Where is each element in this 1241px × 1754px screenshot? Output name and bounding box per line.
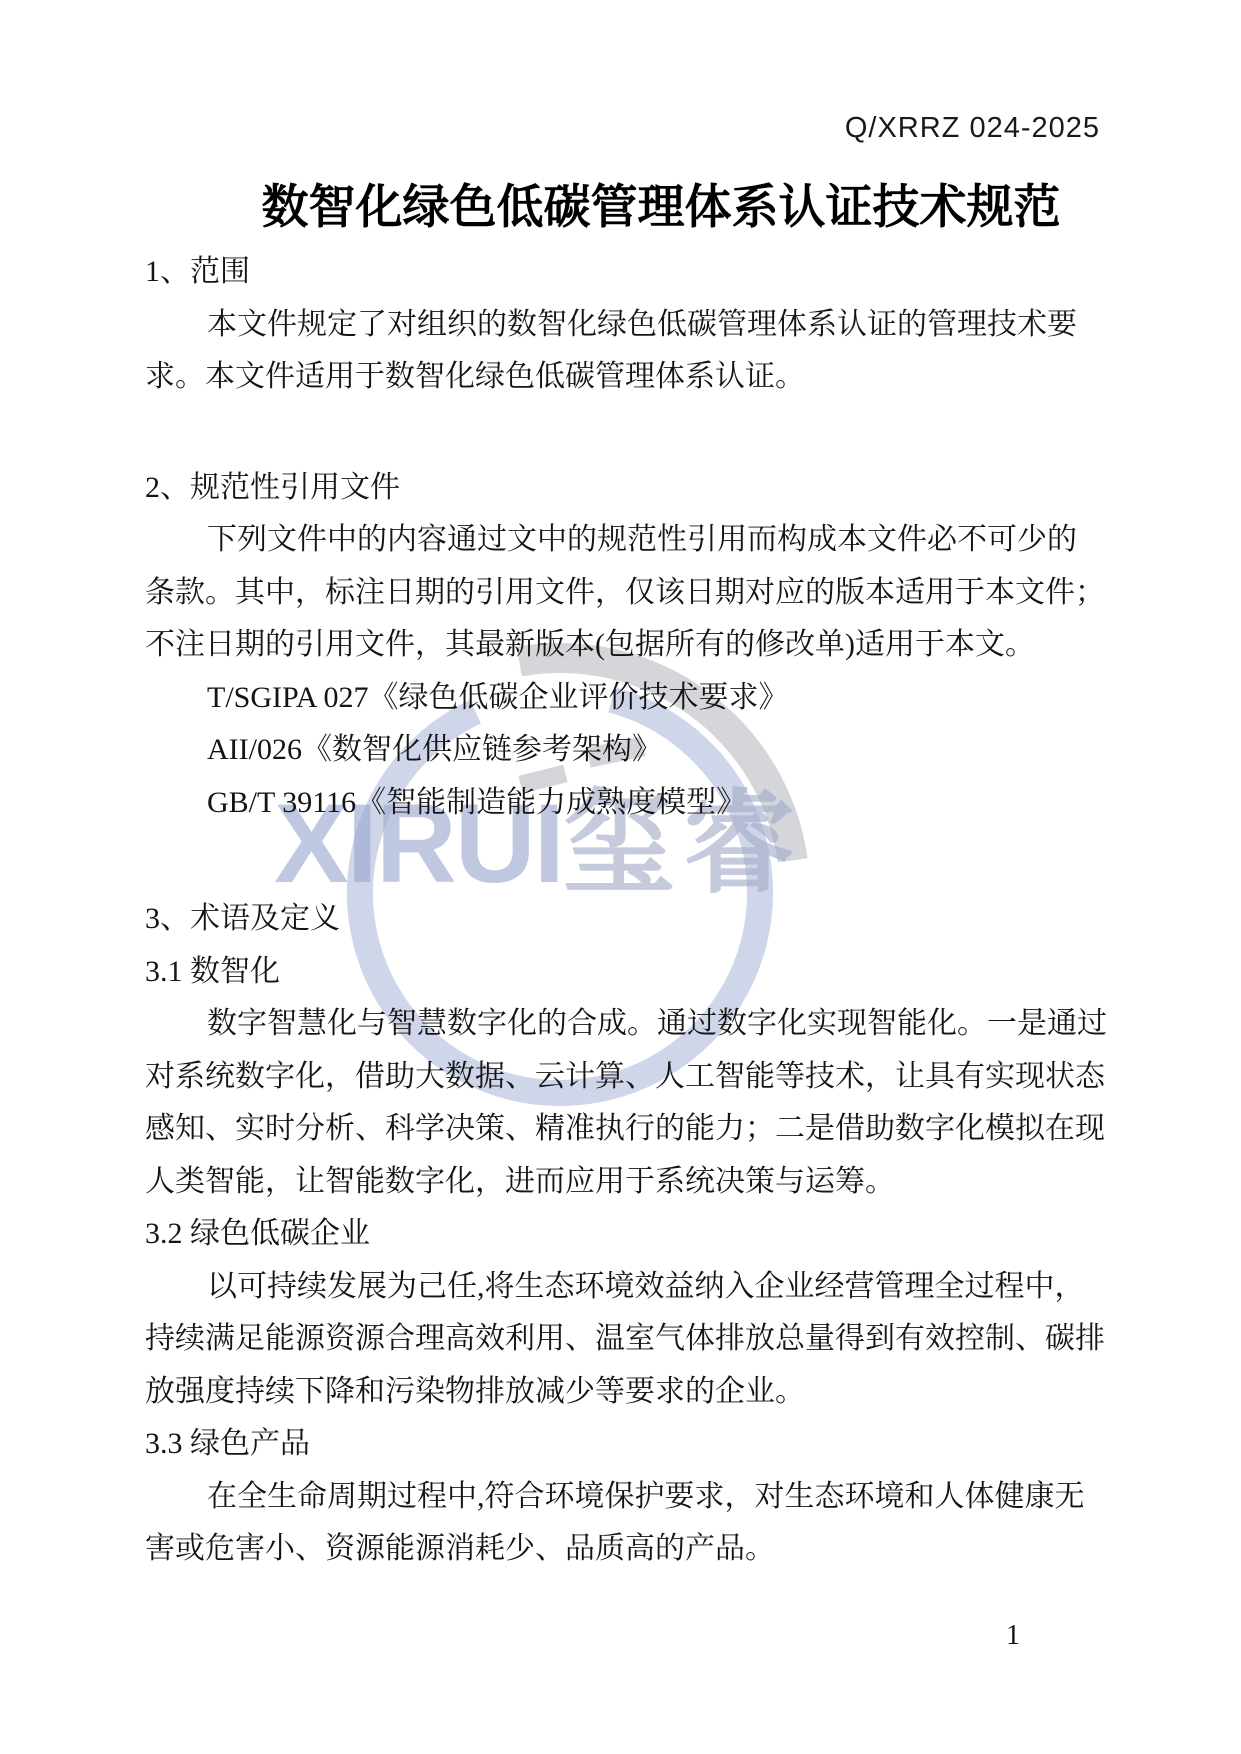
- body-line: 条款。其中，标注日期的引用文件，仅该日期对应的版本适用于本文件；: [145, 567, 1125, 620]
- document-body: 1、范围 本文件规定了对组织的数智化绿色低碳管理体系认证的管理技术要 求。本文件…: [145, 246, 1125, 1576]
- document-page: XIRUI玺睿 Q/XRRZ 024-2025 数智化绿色低碳管理体系认证技术规…: [0, 0, 1241, 1754]
- body-line: 不注日期的引用文件，其最新版本(包据所有的修改单)适用于本文。: [145, 619, 1125, 672]
- body-line: 求。本文件适用于数智化绿色低碳管理体系认证。: [145, 351, 1125, 404]
- body-line: 害或危害小、资源能源消耗少、品质高的产品。: [145, 1523, 1125, 1576]
- document-title: 数智化绿色低碳管理体系认证技术规范: [145, 170, 1097, 237]
- body-line: 对系统数字化，借助大数据、云计算、人工智能等技术，让具有实现状态: [145, 1051, 1125, 1104]
- section-3-2-heading: 3.2 绿色低碳企业: [145, 1208, 1125, 1261]
- section-3-1-heading: 3.1 数智化: [145, 946, 1125, 999]
- body-line: 下列文件中的内容通过文中的规范性引用而构成本文件必不可少的: [145, 514, 1125, 567]
- reference-line: T/SGIPA 027《绿色低碳企业评价技术要求》: [145, 672, 1125, 725]
- header-code: Q/XRRZ 024-2025: [845, 112, 1100, 145]
- body-line: 感知、实时分析、科学决策、精准执行的能力；二是借助数字化模拟在现: [145, 1103, 1125, 1156]
- section-3-heading: 3、术语及定义: [145, 893, 1125, 946]
- reference-line: AII/026《数智化供应链参考架构》: [145, 724, 1125, 777]
- reference-line: GB/T 39116《智能制造能力成熟度模型》: [145, 777, 1125, 830]
- section-2-heading: 2、规范性引用文件: [145, 462, 1125, 515]
- section-3-3-heading: 3.3 绿色产品: [145, 1418, 1125, 1471]
- body-line: 在全生命周期过程中,符合环境保护要求，对生态环境和人体健康无: [145, 1471, 1125, 1524]
- section-1-heading: 1、范围: [145, 246, 1125, 299]
- body-line: 本文件规定了对组织的数智化绿色低碳管理体系认证的管理技术要: [145, 299, 1125, 352]
- body-line: 人类智能，让智能数字化，进而应用于系统决策与运筹。: [145, 1156, 1125, 1209]
- body-line: 数字智慧化与智慧数字化的合成。通过数字化实现智能化。一是通过: [145, 998, 1125, 1051]
- page-number: 1: [1006, 1620, 1020, 1652]
- body-line: 以可持续发展为己任,将生态环境效益纳入企业经营管理全过程中，: [145, 1261, 1125, 1314]
- body-line: 持续满足能源资源合理高效利用、温室气体排放总量得到有效控制、碳排: [145, 1313, 1125, 1366]
- body-line: 放强度持续下降和污染物排放减少等要求的企业。: [145, 1366, 1125, 1419]
